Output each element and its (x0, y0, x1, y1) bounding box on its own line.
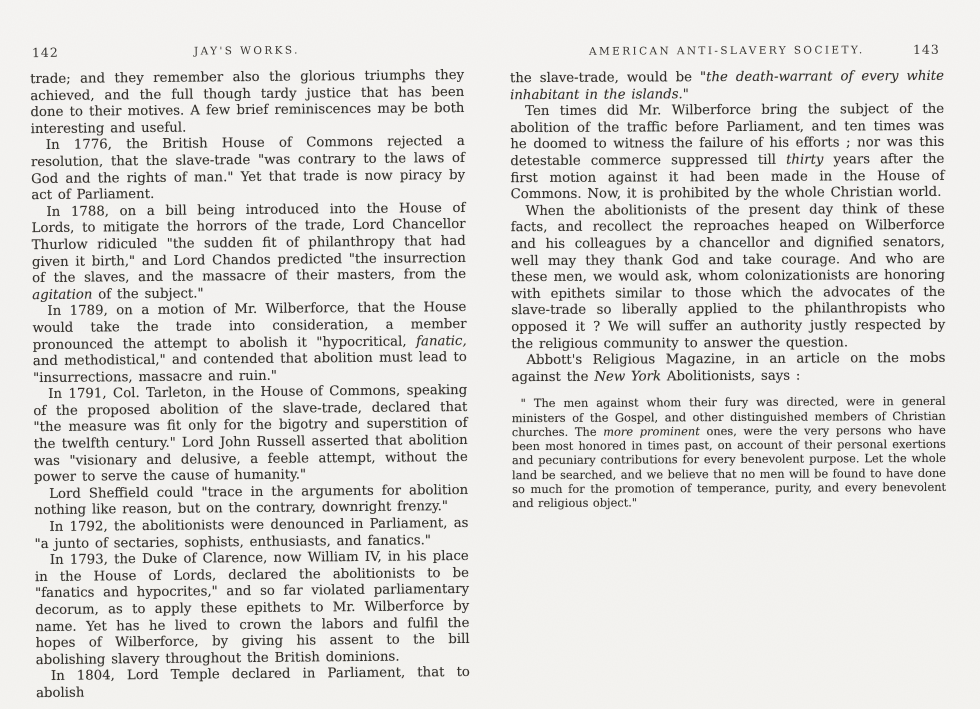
text-run: trade; and they remember also the glorio… (30, 68, 464, 137)
right-page-header: AMERICAN ANTI-SLAVERY SOCIETY. 143 (510, 44, 944, 63)
italic-text-run: agitation (32, 287, 92, 303)
italic-text-run: New York (594, 369, 661, 384)
paragraph: trade; and they remember also the glorio… (30, 68, 465, 139)
paragraph: Abbott's Religious Magazine, in an artic… (511, 351, 945, 386)
text-run: In 1791, Col. Tarleton, in the House of … (33, 383, 468, 485)
left-page-number: 142 (32, 45, 59, 60)
text-run: In 1776, the British House of Commons re… (31, 134, 465, 203)
paragraph: Lord Sheffield could "trace in the argum… (34, 483, 468, 520)
text-run: the slave-trade, would be " (510, 70, 706, 86)
text-run: In 1792, the abolitionists were denounce… (35, 516, 469, 552)
left-running-header: JAY'S WORKS. (194, 45, 300, 58)
paragraph: In 1789, on a motion of Mr. Wilberforce,… (32, 300, 467, 387)
paragraph: In 1791, Col. Tarleton, in the House of … (33, 383, 468, 487)
text-run: When the abolitionists of the present da… (511, 202, 946, 352)
text-run: In 1788, on a bill being introduced into… (32, 201, 467, 287)
right-page: AMERICAN ANTI-SLAVERY SOCIETY. 143 the s… (510, 44, 946, 511)
left-page-header: 142 JAY'S WORKS. (30, 43, 464, 64)
italic-text-run: fanatic, (416, 333, 467, 348)
paragraph: Ten times did Mr. Wilberforce bring the … (510, 102, 945, 204)
right-text-column: the slave-trade, would be "the death-war… (510, 69, 946, 511)
paragraph: In 1804, Lord Temple declared in Parliam… (36, 665, 470, 702)
blockquote-paragraph: " The men against whom their fury was di… (512, 394, 947, 511)
paragraph: In 1788, on a bill being introduced into… (31, 201, 466, 305)
italic-text-run: thirty (786, 152, 823, 167)
italic-text-run: more prominent (603, 424, 700, 439)
text-run: In 1804, Lord Temple declared in Parliam… (36, 665, 470, 701)
paragraph: When the abolitionists of the present da… (511, 202, 946, 354)
right-page-number: 143 (913, 42, 940, 57)
text-run: Lord Sheffield could "trace in the argum… (34, 483, 468, 519)
text-run: " (683, 87, 689, 102)
text-run: and methodistical," and contended that a… (33, 350, 467, 386)
paragraph: In 1776, the British House of Commons re… (31, 134, 466, 205)
paragraph: the slave-trade, would be "the death-war… (510, 69, 944, 104)
paragraph: In 1792, the abolitionists were denounce… (34, 516, 468, 553)
left-text-column: trade; and they remember also the glorio… (30, 68, 470, 703)
text-run: In 1789, on a motion of Mr. Wilberforce,… (32, 300, 466, 352)
text-run: In 1793, the Duke of Clarence, now Willi… (35, 549, 470, 668)
text-run: Abolitionists, says : (661, 368, 800, 384)
right-running-header: AMERICAN ANTI-SLAVERY SOCIETY. (589, 44, 865, 57)
book-scan: 142 JAY'S WORKS. trade; and they remembe… (0, 0, 980, 709)
paragraph: In 1793, the Duke of Clarence, now Willi… (35, 549, 470, 669)
left-page: 142 JAY'S WORKS. trade; and they remembe… (30, 43, 470, 703)
text-run: of the subject." (92, 286, 203, 302)
